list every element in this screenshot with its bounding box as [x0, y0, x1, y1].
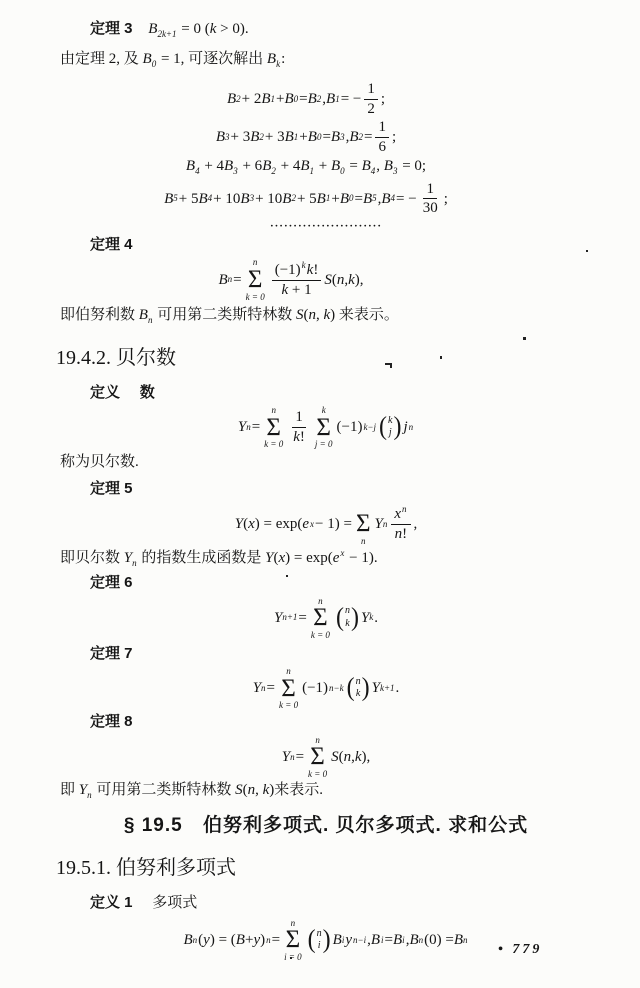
theorem-5-label: 定理 5 — [90, 480, 133, 497]
scan-speck — [586, 250, 588, 252]
theorem-6-heading: 定理 6 — [90, 572, 592, 595]
ellipsis-separator: ························ — [60, 221, 592, 232]
theorem-5-heading: 定理 5 — [90, 478, 592, 501]
theorem-8-label: 定理 8 — [90, 713, 133, 730]
theorem-4-note: 即伯努利数 Bn 可用第二类斯特林数 S(n, k) 来表示。 — [60, 305, 592, 327]
theorem-5-note: 即贝尔数 Yn 的指数生成函数是 Y(x) = exp(ex − 1). — [60, 547, 592, 570]
scan-speck — [290, 957, 292, 959]
scan-speck — [440, 356, 442, 359]
theorem-4-formula: Bn = nΣk = 0(−1)kk!k + 1S(n, k), — [60, 257, 592, 303]
bernoulli-intro-text: 由定理 2, 及 B0 = 1, 可逐次解出 Bk: — [60, 49, 592, 71]
bernoulli-recurrence-eq-4: B5 + 5B4 + 10B3 + 10B2 + 5B1 + B0 = B5, … — [60, 181, 592, 217]
bell-definition-heading: 定义 数 — [90, 382, 592, 405]
section-19-5-1-heading: 19.5.1. 伯努利多项式 — [56, 851, 592, 880]
bernoulli-recurrence-eq-1: B2 + 2B1 + B0 = B2, B1 = − 12; — [60, 81, 592, 117]
scan-speck — [390, 363, 392, 368]
theorem-5-formula: Y(x) = exp(ex − 1) = ΣnYn xnn!, — [60, 501, 592, 547]
theorem-4-label: 定理 4 — [90, 236, 133, 253]
theorem-8-formula: Yn = nΣk = 0S(n, k), — [60, 734, 592, 780]
theorem-7-label: 定理 7 — [90, 645, 133, 662]
section-19-5-number: § 19.5 — [124, 815, 183, 836]
definition-1-word: 多项式 — [152, 894, 197, 911]
definition-1-label: 定义 1 — [90, 894, 133, 911]
bernoulli-recurrence-eq-2: B3 + 3B2 + 3B1 + B0 = B3, B2 = 16; — [60, 119, 592, 155]
theorem-3-label: 定理 3 — [90, 20, 133, 37]
section-19-4-2-heading: 19.4.2. 贝尔数 — [56, 341, 592, 370]
theorem-8-heading: 定理 8 — [90, 711, 592, 734]
theorem-6-formula: Yn+1 = nΣk = 0(nk)Yk. — [60, 595, 592, 641]
scan-speck — [286, 575, 288, 577]
theorem-3-statement: B2k+1 = 0 (k > 0). — [148, 21, 248, 37]
bell-definition-after-text: 称为贝尔数. — [60, 452, 592, 474]
section-19-5-title: 伯努利多项式. 贝尔多项式. 求和公式 — [203, 815, 528, 836]
section-19-5-heading: § 19.5 伯努利多项式. 贝尔多项式. 求和公式 — [60, 810, 592, 837]
bernoulli-recurrence-eq-3: B4 + 4B3 + 6B2 + 4B1 + B0 = B4, B3 = 0; — [60, 157, 592, 177]
page-number: • 779 — [498, 942, 542, 958]
theorem-3-heading: 定理 3 B2k+1 = 0 (k > 0). — [90, 18, 592, 41]
bell-number-definition-formula: Yn = nΣk = 01k! kΣj = 0(−1)k−j(kj)jn — [60, 404, 592, 450]
scanned-book-page: 定理 3 B2k+1 = 0 (k > 0). 由定理 2, 及 B0 = 1,… — [0, 0, 640, 988]
theorem-7-heading: 定理 7 — [90, 643, 592, 666]
theorem-8-note: 即 Yn 可用第二类斯特林数 S(n, k)来表示. — [60, 780, 592, 802]
theorem-6-label: 定理 6 — [90, 574, 133, 591]
bell-definition-word: 数 — [140, 384, 155, 401]
theorem-7-formula: Yn = nΣk = 0(−1)n−k(nk)Yk+1. — [60, 665, 592, 711]
scan-speck — [523, 337, 526, 340]
definition-1-heading: 定义 1 多项式 — [90, 892, 592, 915]
theorem-4-heading: 定理 4 — [90, 234, 592, 257]
bell-definition-label: 定义 — [90, 384, 120, 401]
